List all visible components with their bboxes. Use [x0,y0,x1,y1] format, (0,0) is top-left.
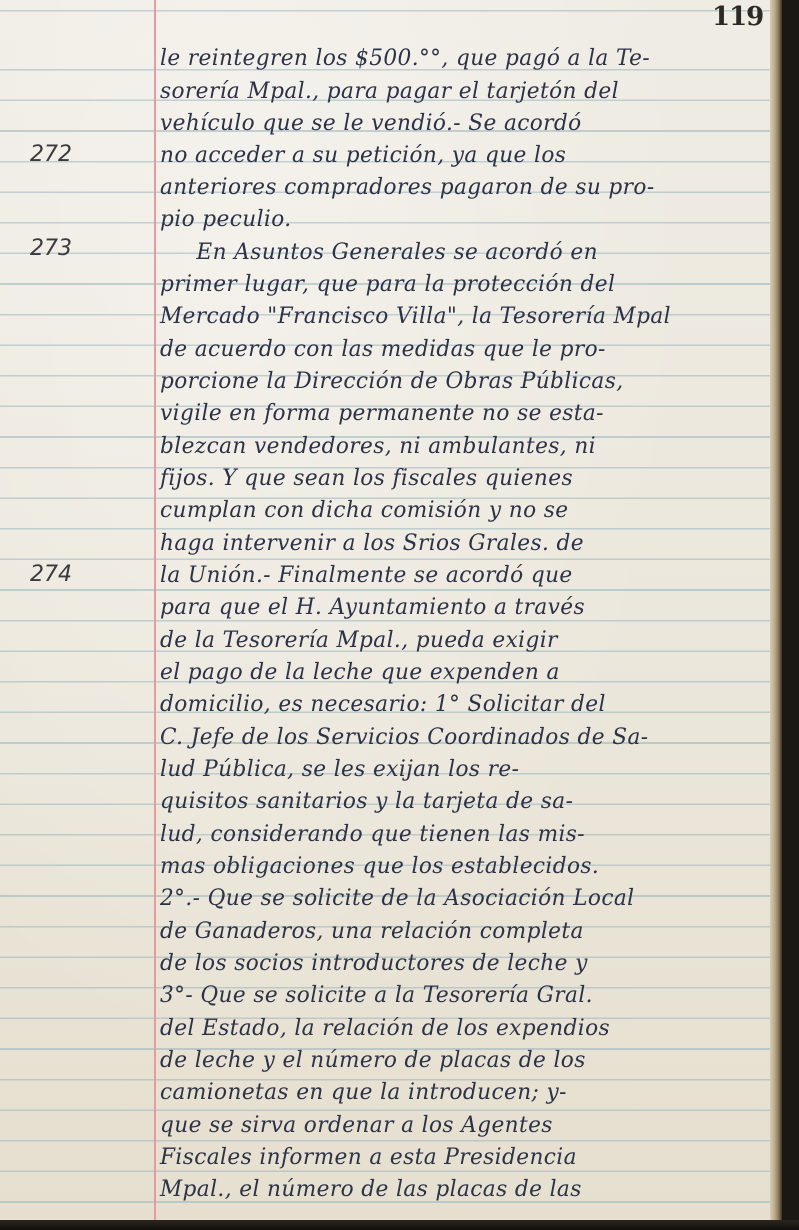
page-number: 119 [712,2,763,32]
handwritten-line: blezcan vendedores, ni ambulantes, ni [160,434,760,459]
entry-number: 273 [30,236,72,261]
book-cover-right [782,0,799,1230]
handwritten-line: que se sirva ordenar a los Agentes [160,1113,760,1138]
handwritten-line: el pago de la leche que expenden a [160,660,760,685]
ledger-page: 119 272273274 le reintegren los $500.°°,… [0,0,780,1222]
book-cover-bottom [0,1220,799,1230]
handwritten-line: domicilio, es necesario: 1° Solicitar de… [160,692,760,717]
handwritten-line: vigile en forma permanente no se esta- [160,401,760,426]
handwritten-line: primer lugar, que para la protección del [160,272,760,297]
handwritten-line: de los socios introductores de leche y [160,951,760,976]
handwritten-line: cumplan con dicha comisión y no se [160,498,760,523]
handwritten-line: quisitos sanitarios y la tarjeta de sa- [160,789,760,814]
handwritten-line: sorería Mpal., para pagar el tarjetón de… [160,79,760,104]
handwritten-line: 3°- Que se solicite a la Tesorería Gral. [160,983,760,1008]
handwritten-line: para que el H. Ayuntamiento a través [160,595,760,620]
handwritten-line: mas obligaciones que los establecidos. [160,854,760,879]
handwritten-line: C. Jefe de los Servicios Coordinados de … [160,725,760,750]
handwritten-line: fijos. Y que sean los fiscales quienes [160,466,760,491]
handwritten-line: vehículo que se le vendió.- Se acordó [160,111,760,136]
handwritten-line: de la Tesorería Mpal., pueda exigir [160,628,760,653]
handwritten-line: de leche y el número de placas de los [160,1048,760,1073]
handwritten-line: pio peculio. [160,207,760,232]
handwritten-line: le reintegren los $500.°°, que pagó a la… [160,46,760,71]
handwritten-line: la Unión.- Finalmente se acordó que [160,563,760,588]
handwritten-line: lud Pública, se les exijan los re- [160,757,760,782]
handwritten-line: lud, considerando que tienen las mis- [160,822,760,847]
handwritten-line: de acuerdo con las medidas que le pro- [160,337,760,362]
handwritten-line: camionetas en que la introducen; y- [160,1080,760,1105]
handwritten-line: 2°.- Que se solicite de la Asociación Lo… [160,886,760,911]
handwritten-line: Mpal., el número de las placas de las [160,1177,760,1202]
red-margin-line [154,0,156,1222]
handwritten-line: Mercado "Francisco Villa", la Tesorería … [160,304,760,329]
handwritten-line: de Ganaderos, una relación completa [160,919,760,944]
page-stack-edge [770,0,782,1222]
entry-number: 274 [30,562,72,587]
handwritten-line: En Asuntos Generales se acordó en [160,240,760,265]
handwritten-line: del Estado, la relación de los expendios [160,1016,760,1041]
handwritten-line: haga intervenir a los Srios Grales. de [160,531,760,556]
handwritten-line: porcione la Dirección de Obras Públicas, [160,369,760,394]
entry-number: 272 [30,142,72,167]
handwritten-line: Fiscales informen a esta Presidencia [160,1145,760,1170]
handwritten-line: anteriores compradores pagaron de su pro… [160,175,760,200]
handwritten-line: no acceder a su petición, ya que los [160,143,760,168]
